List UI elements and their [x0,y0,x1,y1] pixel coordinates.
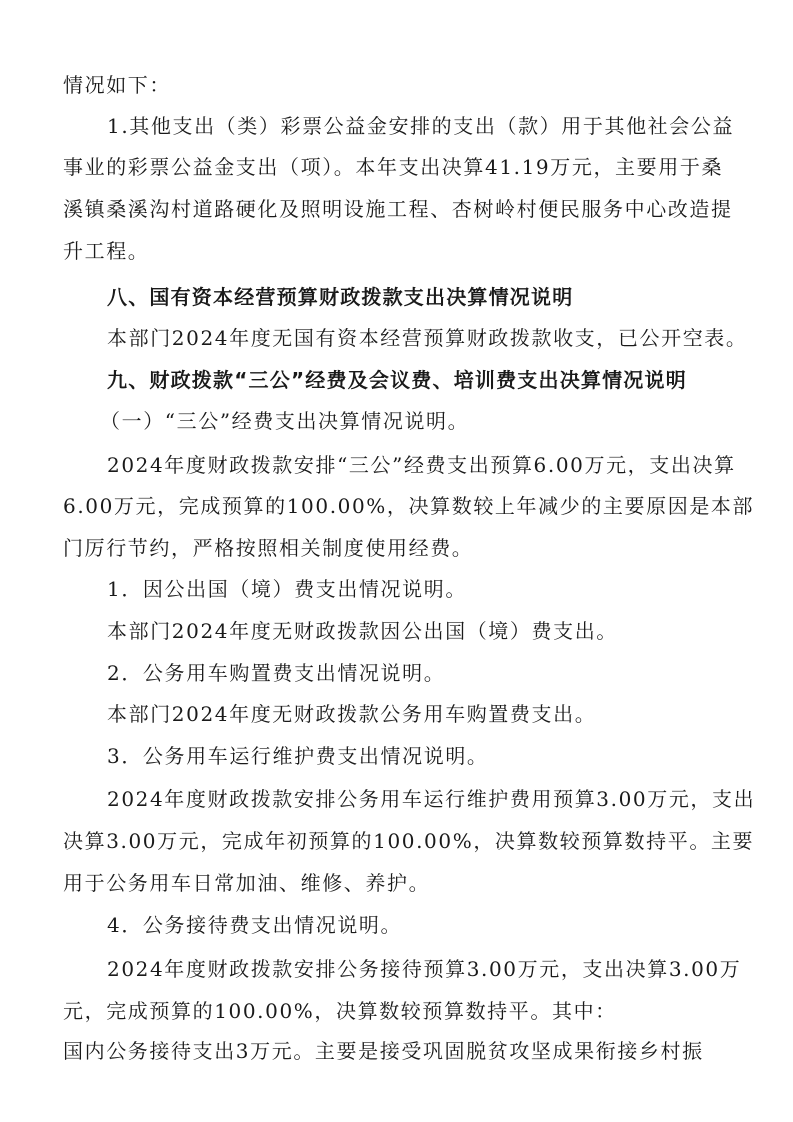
subsection-heading: （一）“三公”经费支出决算情况说明。 [100,408,780,434]
paragraph-line: 6.00万元，完成预算的100.00%，决算数较上年减少的主要原因是本部 [63,493,743,519]
list-item-line: 3．公务用车运行维护费支出情况说明。 [107,743,743,769]
paragraph-line: 国内公务接待支出3万元。主要是接受巩固脱贫攻坚成果衔接乡村振 [63,1038,743,1064]
document-page: 情况如下： 1.其他支出（类）彩票公益金安排的支出（款）用于其他社会公益 事业的… [0,0,793,1122]
section-heading-9: 九、财政拨款“三公”经费及会议费、培训费支出决算情况说明 [107,367,743,393]
paragraph-line: 事业的彩票公益金支出（项）。本年支出决算41.19万元，主要用于桑 [63,154,743,180]
list-item-line: 2．公务用车购置费支出情况说明。 [107,660,743,686]
paragraph-line: 决算3.00万元，完成年初预算的100.00%，决算数较预算数持平。主要 [63,828,743,854]
paragraph-line: 本部门2024年度无财政拨款公务用车购置费支出。 [107,701,743,727]
paragraph-line: 元，完成预算的100.00%，决算数较预算数持平。其中： [63,998,743,1024]
paragraph-line: 用于公务用车日常加油、维修、养护。 [63,870,743,896]
paragraph-line: 门厉行节约，严格按照相关制度使用经费。 [63,535,743,561]
paragraph-line: 情况如下： [63,72,743,98]
paragraph-line: 升工程。 [63,238,743,264]
paragraph-line: 本部门2024年度无财政拨款因公出国（境）费支出。 [107,618,743,644]
section-heading-8: 八、国有资本经营预算财政拨款支出决算情况说明 [107,284,743,310]
paragraph-line: 溪镇桑溪沟村道路硬化及照明设施工程、杏树岭村便民服务中心改造提 [63,196,743,222]
paragraph-line: 本部门2024年度无国有资本经营预算财政拨款收支，已公开空表。 [107,325,743,351]
list-item-line: 1.其他支出（类）彩票公益金安排的支出（款）用于其他社会公益 [107,113,743,139]
list-item-line: 4．公务接待费支出情况说明。 [107,912,743,938]
paragraph-line: 2024年度财政拨款安排“三公”经费支出预算6.00万元，支出决算 [107,452,743,478]
list-item-line: 1．因公出国（境）费支出情况说明。 [107,576,743,602]
paragraph-line: 2024年度财政拨款安排公务用车运行维护费用预算3.00万元，支出 [107,786,743,812]
paragraph-line: 2024年度财政拨款安排公务接待预算3.00万元，支出决算3.00万 [107,956,743,982]
